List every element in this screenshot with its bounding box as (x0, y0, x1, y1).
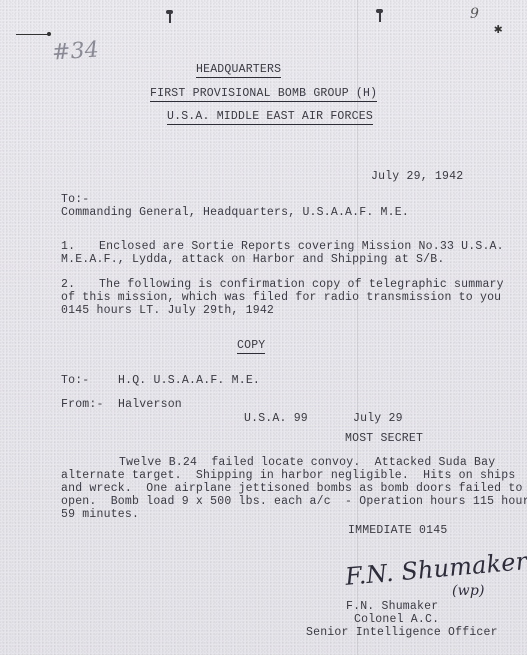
message-reference: U.S.A. 99 (244, 412, 308, 425)
paragraph-2-line-1: The following is confirmation copy of te… (99, 278, 504, 291)
addressee-label: To:- (61, 193, 89, 206)
message-from-value: Halverson (118, 398, 182, 411)
arrow-mark-head (47, 32, 51, 36)
message-to-value: H.Q. U.S.A.A.F. M.E. (118, 374, 260, 387)
paragraph-2-number: 2. (61, 278, 75, 291)
message-body-line-4: open. Bomb load 9 x 500 lbs. each a/c - … (61, 495, 527, 508)
staple-icon (166, 10, 173, 23)
letterhead-line-3: U.S.A. MIDDLE EAST AIR FORCES (167, 110, 373, 125)
classification-stamp: MOST SECRET (345, 432, 423, 445)
document-date: July 29, 1942 (371, 170, 463, 183)
message-body-line-3: and wreck. One airplane jettisoned bombs… (61, 482, 523, 495)
message-body-line-2: alternate target. Shipping in harbor neg… (61, 469, 515, 482)
arrow-mark (16, 34, 50, 35)
message-from-label: From:- (61, 398, 104, 411)
paragraph-1-number: 1. (61, 240, 75, 253)
message-date: July 29 (353, 412, 403, 425)
signature-initials: (wp) (452, 585, 485, 598)
message-to-label: To:- (61, 374, 89, 387)
message-body-line-1: Twelve B.24 failed locate convoy. Attack… (119, 456, 495, 469)
priority-time: IMMEDIATE 0145 (348, 524, 447, 537)
signatory-rank: Colonel A.C. (354, 613, 439, 626)
message-body-line-5: 59 minutes. (61, 508, 139, 521)
addressee-name: Commanding General, Headquarters, U.S.A.… (61, 206, 409, 219)
letterhead-line-2: FIRST PROVISIONAL BOMB GROUP (H) (150, 87, 377, 102)
paragraph-2-line-3: 0145 hours LT. July 29th, 1942 (61, 304, 274, 317)
letterhead-line-1: HEADQUARTERS (196, 63, 281, 78)
copy-heading: COPY (237, 339, 265, 354)
corner-note: 9 (470, 8, 479, 21)
file-number-note: #34 (51, 38, 100, 65)
signatory-name: F.N. Shumaker (346, 600, 438, 613)
paragraph-1-line-1: Enclosed are Sortie Reports covering Mis… (99, 240, 504, 253)
signatory-title: Senior Intelligence Officer (306, 626, 498, 639)
paragraph-1-line-2: M.E.A.F., Lydda, attack on Harbor and Sh… (61, 253, 444, 266)
staple-icon (376, 9, 383, 22)
star-mark-icon: ✱ (494, 24, 503, 37)
paragraph-2-line-2: of this mission, which was filed for rad… (61, 291, 501, 304)
